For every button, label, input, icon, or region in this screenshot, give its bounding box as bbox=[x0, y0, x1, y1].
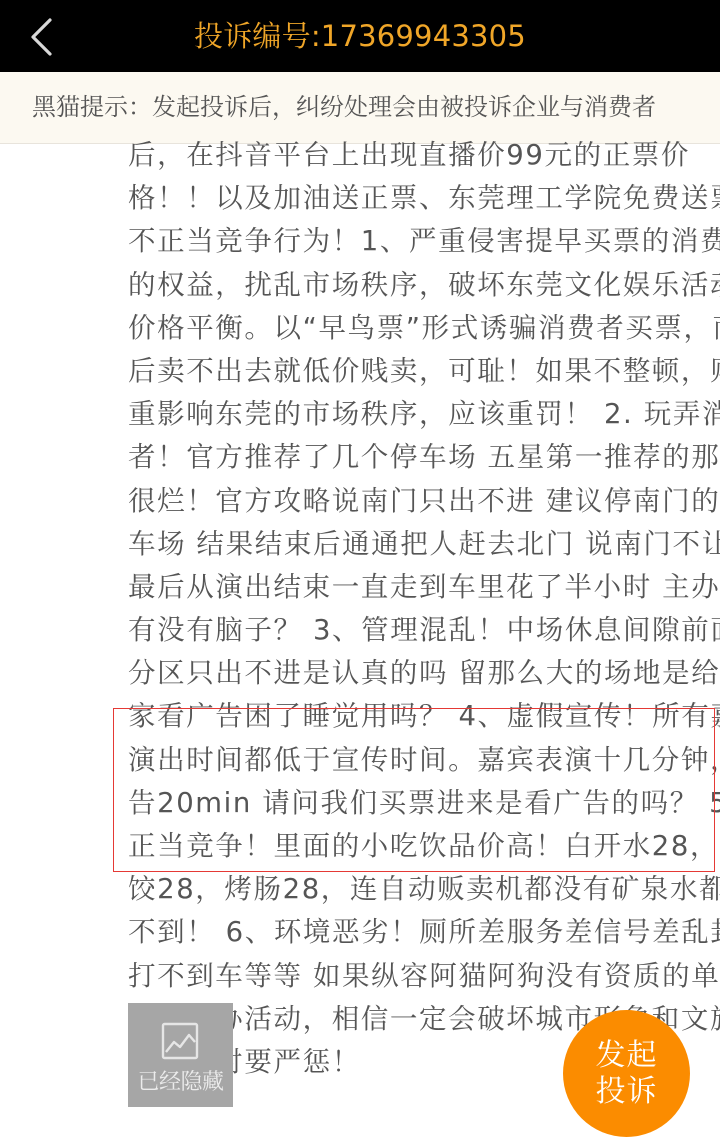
hidden-image-label: 已经隐藏 bbox=[128, 1065, 233, 1096]
hidden-image-attachment[interactable]: 已经隐藏 bbox=[128, 1003, 233, 1107]
content-line: 最后从演出结束一直走到车里花了半小时 主办方 bbox=[128, 566, 694, 609]
notice-text: 黑猫提示：发起投诉后，纠纷处理会由被投诉企业与消费者 bbox=[32, 72, 656, 143]
content-line: 重影响东莞的市场秩序，应该重罚！ 2. 玩弄消费 bbox=[128, 393, 694, 436]
complaint-content: 后，在抖音平台上出现直播价99元的正票价 格！！以及加油送正票、东莞理工学院免费… bbox=[128, 134, 694, 1084]
page-title: 投诉编号:17369943305 bbox=[0, 0, 720, 72]
content-line: 不正当竞争行为！1、严重侵害提早买票的消费者 bbox=[128, 220, 694, 263]
content-line: 后卖不出去就低价贱卖，可耻！如果不整顿，则严 bbox=[128, 350, 694, 393]
content-line: 者！官方推荐了几个停车场 五星第一推荐的那个 bbox=[128, 436, 694, 479]
content-line: 车场 结果结束后通通把人赶去北门 说南门不让出 bbox=[128, 523, 694, 566]
image-icon bbox=[160, 1021, 200, 1061]
content-line: 打不到车等等 如果纵容阿猫阿狗没有资质的单位 bbox=[128, 955, 694, 998]
content-line: 的权益，扰乱市场秩序，破坏东莞文化娱乐活动的 bbox=[128, 264, 694, 307]
content-line: 价格平衡。以“早鸟票”形式诱骗消费者买票，而 bbox=[128, 307, 694, 350]
content-line: 分区只出不进是认真的吗 留那么大的场地是给大 bbox=[128, 652, 694, 695]
file-complaint-button[interactable]: 发起 投诉 bbox=[563, 1010, 690, 1137]
content-line: 很烂！官方攻略说南门只出不进 建议停南门的停 bbox=[128, 480, 694, 523]
content-line: 正当竞争！里面的小吃饮品价高！白开水28，蒸 bbox=[128, 825, 694, 868]
content-line: 演出时间都低于宣传时间。嘉宾表演十几分钟，广 bbox=[128, 739, 694, 782]
top-nav-bar: 投诉编号:17369943305 bbox=[0, 0, 720, 72]
content-line: 格！！以及加油送正票、东莞理工学院免费送票等 bbox=[128, 177, 694, 220]
content-line: 后，在抖音平台上出现直播价99元的正票价 bbox=[128, 134, 694, 177]
content-line: 告20min 请问我们买票进来是看广告的吗？ 5、不 bbox=[128, 782, 694, 825]
file-complaint-label-line2: 投诉 bbox=[596, 1074, 658, 1110]
file-complaint-label-line1: 发起 bbox=[596, 1038, 658, 1074]
content-line: 饺28，烤肠28，连自动贩卖机都没有矿泉水都买 bbox=[128, 868, 694, 911]
content-line: 有没有脑子？ 3、管理混乱！中场休息间隙前面的 bbox=[128, 609, 694, 652]
content-line: 不到！ 6、环境恶劣！厕所差服务差信号差乱封路 bbox=[128, 911, 694, 954]
content-line: 家看广告困了睡觉用吗？ 4、虚假宣传！所有嘉宾 bbox=[128, 695, 694, 738]
